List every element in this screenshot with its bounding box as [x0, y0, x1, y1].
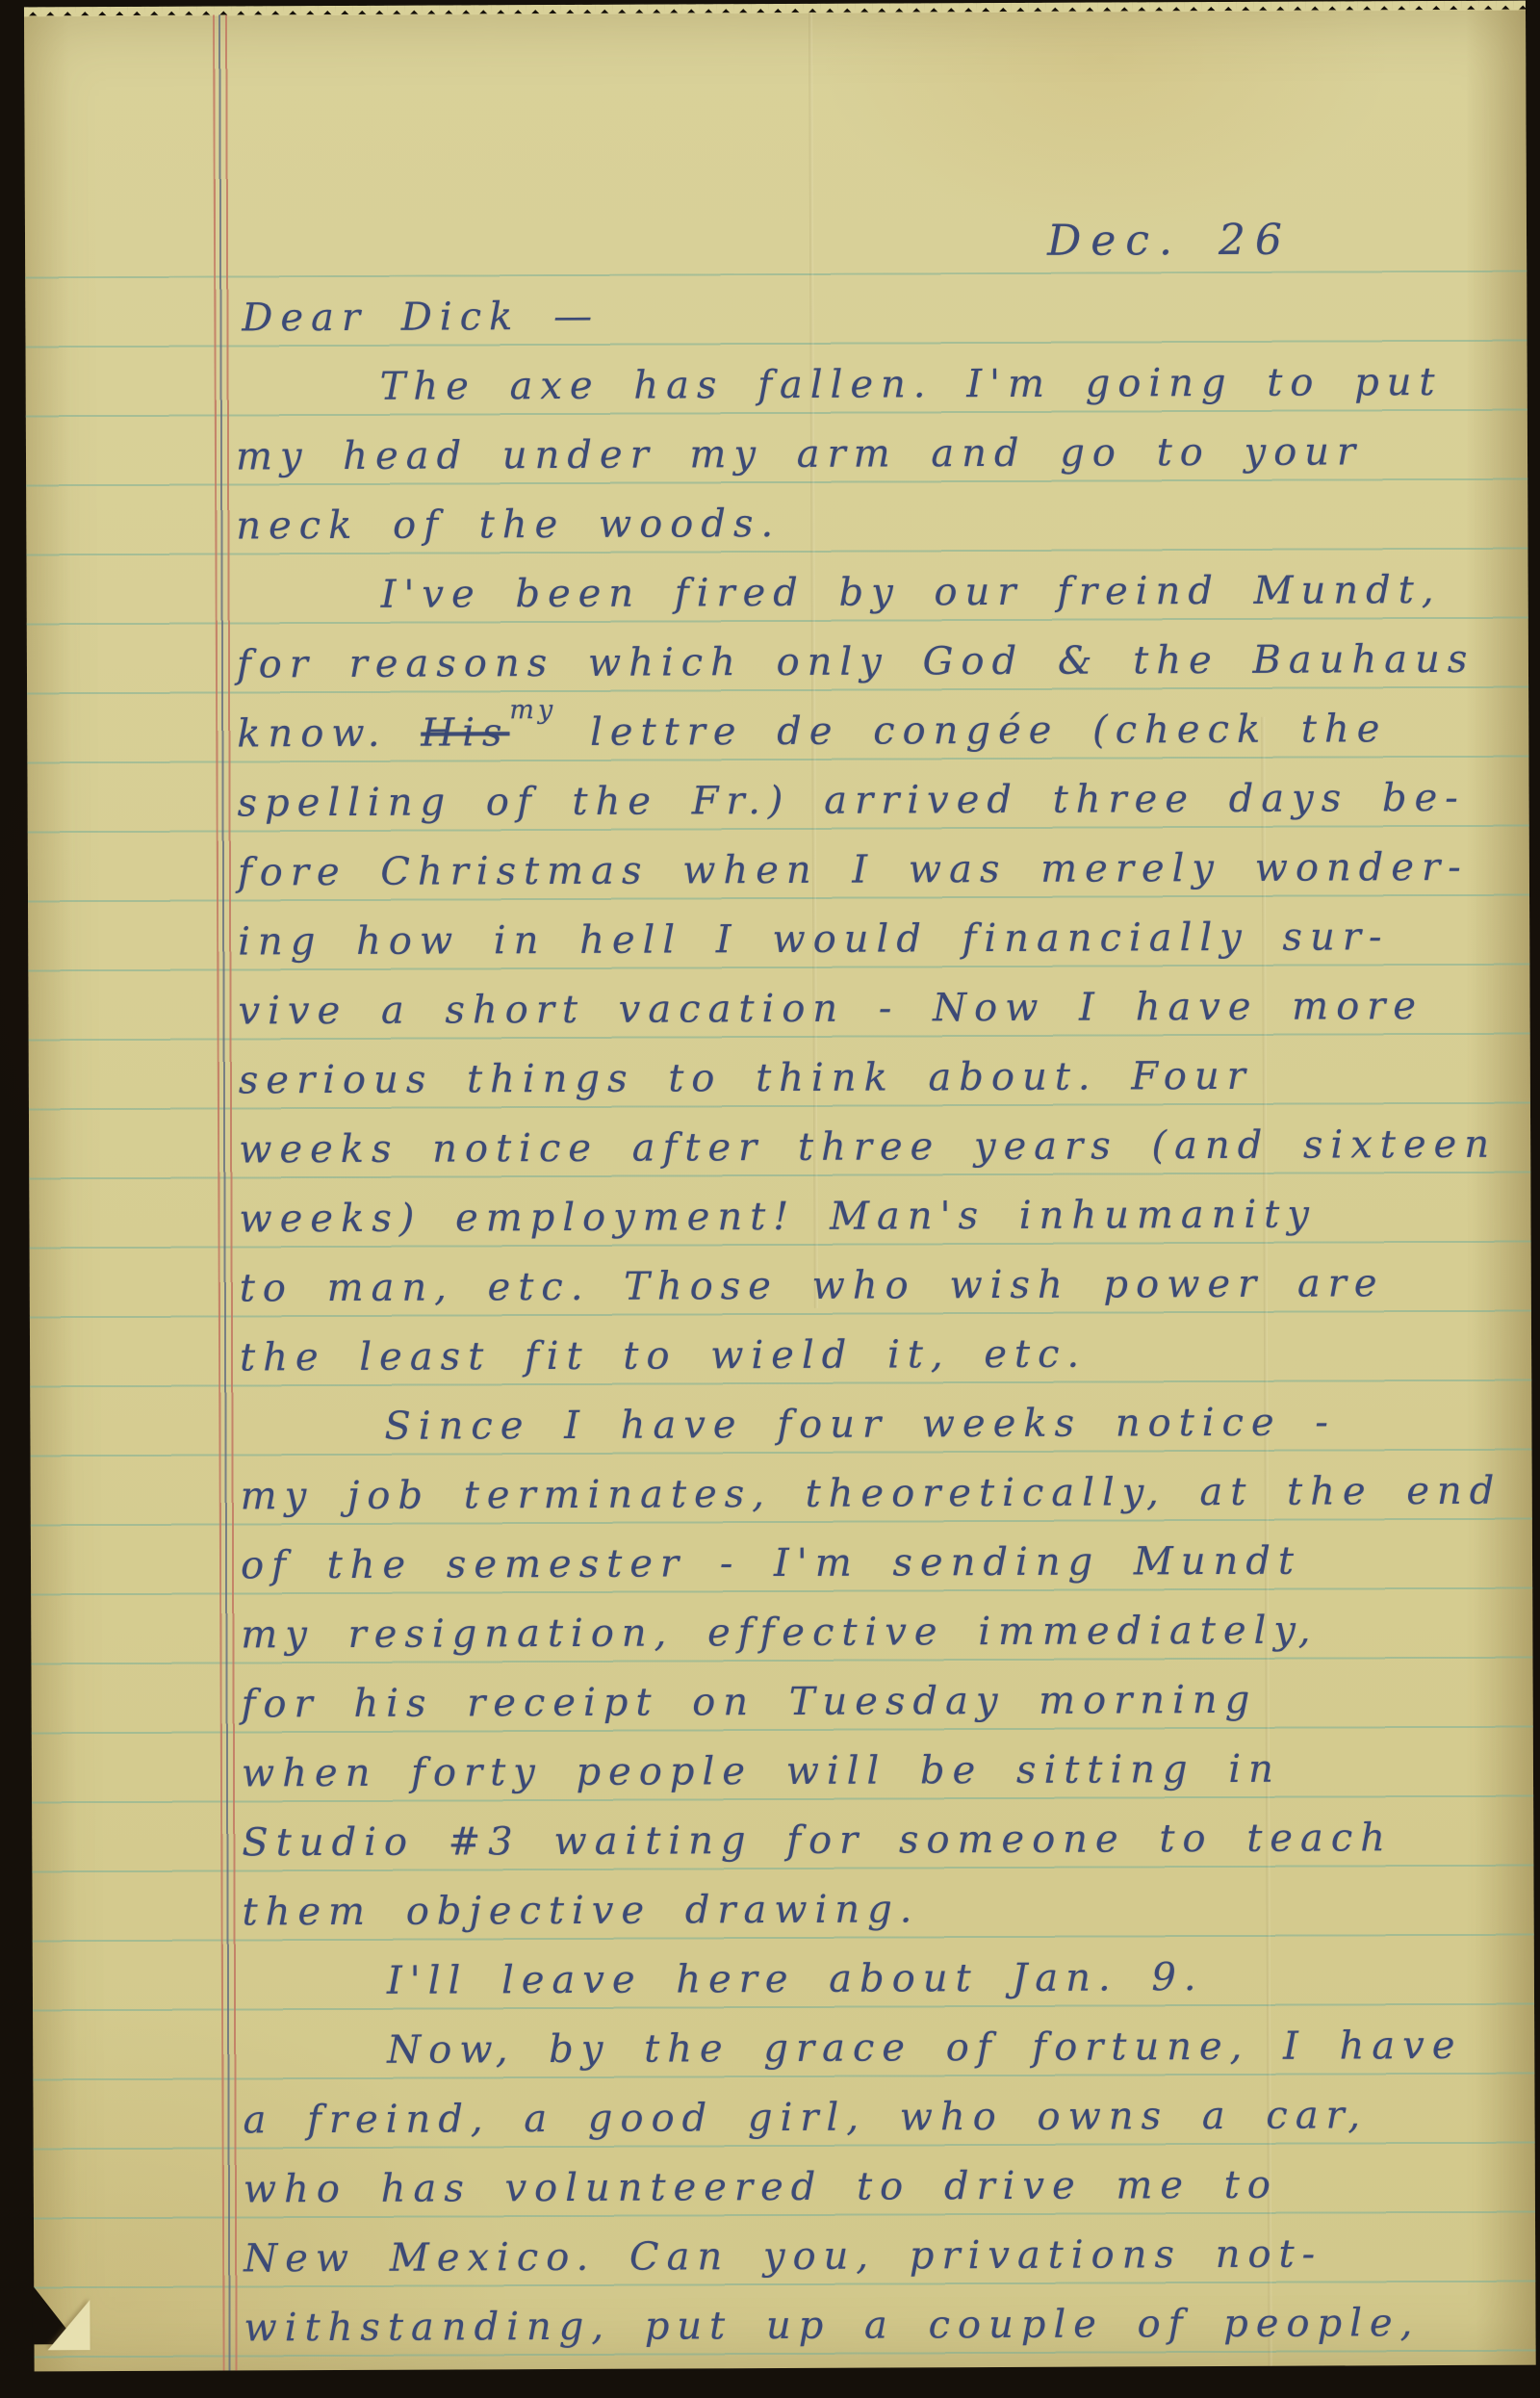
letter-date: Dec. 26 [1047, 213, 1292, 270]
letter-line: when forty people will be sitting in [242, 1741, 1281, 1802]
letter-line: for reasons which only God & the Bauhaus [237, 632, 1476, 693]
letter-line: ing how in hell I would financially sur- [238, 909, 1389, 969]
letter-line: them objective drawing. [242, 1881, 919, 1940]
inserted-word: my [509, 695, 556, 725]
letter-line: who has volunteered to drive me to [244, 2157, 1278, 2218]
line-text: know. [237, 711, 421, 757]
letter-line: I've been fired by our freind Mundt, [381, 562, 1442, 623]
letter-salutation: Dear Dick — [242, 289, 600, 347]
letter-line: withstanding, put up a couple of people, [244, 2295, 1420, 2356]
letter-line: New Mexico. Can you, privations not- [244, 2227, 1322, 2287]
letter-line: Since I have four weeks notice - [384, 1394, 1336, 1454]
letter-line: I'll leave here about Jan. 9. [387, 1949, 1204, 2009]
photo-background: Dec. 26 Dear Dick — The axe has fallen. … [0, 0, 1540, 2398]
letter-line: know. Hismy lettre de congée (check the [237, 701, 1387, 761]
line-text: lettre de congée (check the [556, 707, 1387, 755]
letter-line: of the semester - I'm sending Mundt [241, 1534, 1301, 1594]
struck-word: His [421, 710, 509, 755]
letter-line: Studio #3 waiting for someone to teach [242, 1810, 1393, 1870]
letter-line: vive a short vacation - Now I have more [238, 978, 1424, 1039]
letter-line: serious things to think about. Four [239, 1048, 1253, 1109]
letter-line: a freind, a good girl, who owns a car, [243, 2087, 1368, 2148]
letter-line: weeks) employment! Man's inhumanity [239, 1187, 1317, 1248]
letter-line: for his receipt on Tuesday morning [242, 1672, 1258, 1733]
letter-line: spelling of the Fr.) arrived three days … [237, 770, 1465, 832]
letter-line: fore Christmas when I was merely wonder- [238, 839, 1469, 901]
torn-edge [24, 1, 1526, 17]
letter-line: Now, by the grace of fortune, I have [387, 2018, 1462, 2078]
letter-line: neck of the woods. [236, 496, 781, 554]
letter-paper: Dec. 26 Dear Dick — The axe has fallen. … [24, 10, 1536, 2372]
letter-line: my head under my arm and go to your [236, 424, 1363, 484]
letter-line: to man, etc. Those who wish power are [240, 1255, 1385, 1316]
letter-line: the least fit to wield it, etc. [240, 1327, 1087, 1386]
letter-line: The axe has fallen. I'm going to put [380, 354, 1443, 415]
letter-line: my resignation, effective immediately, [241, 1603, 1318, 1663]
folded-corner [47, 2300, 90, 2350]
letter-line: weeks notice after three years (and sixt… [239, 1117, 1497, 1178]
letter-line: my job terminates, theoretically, at the… [241, 1463, 1502, 1525]
